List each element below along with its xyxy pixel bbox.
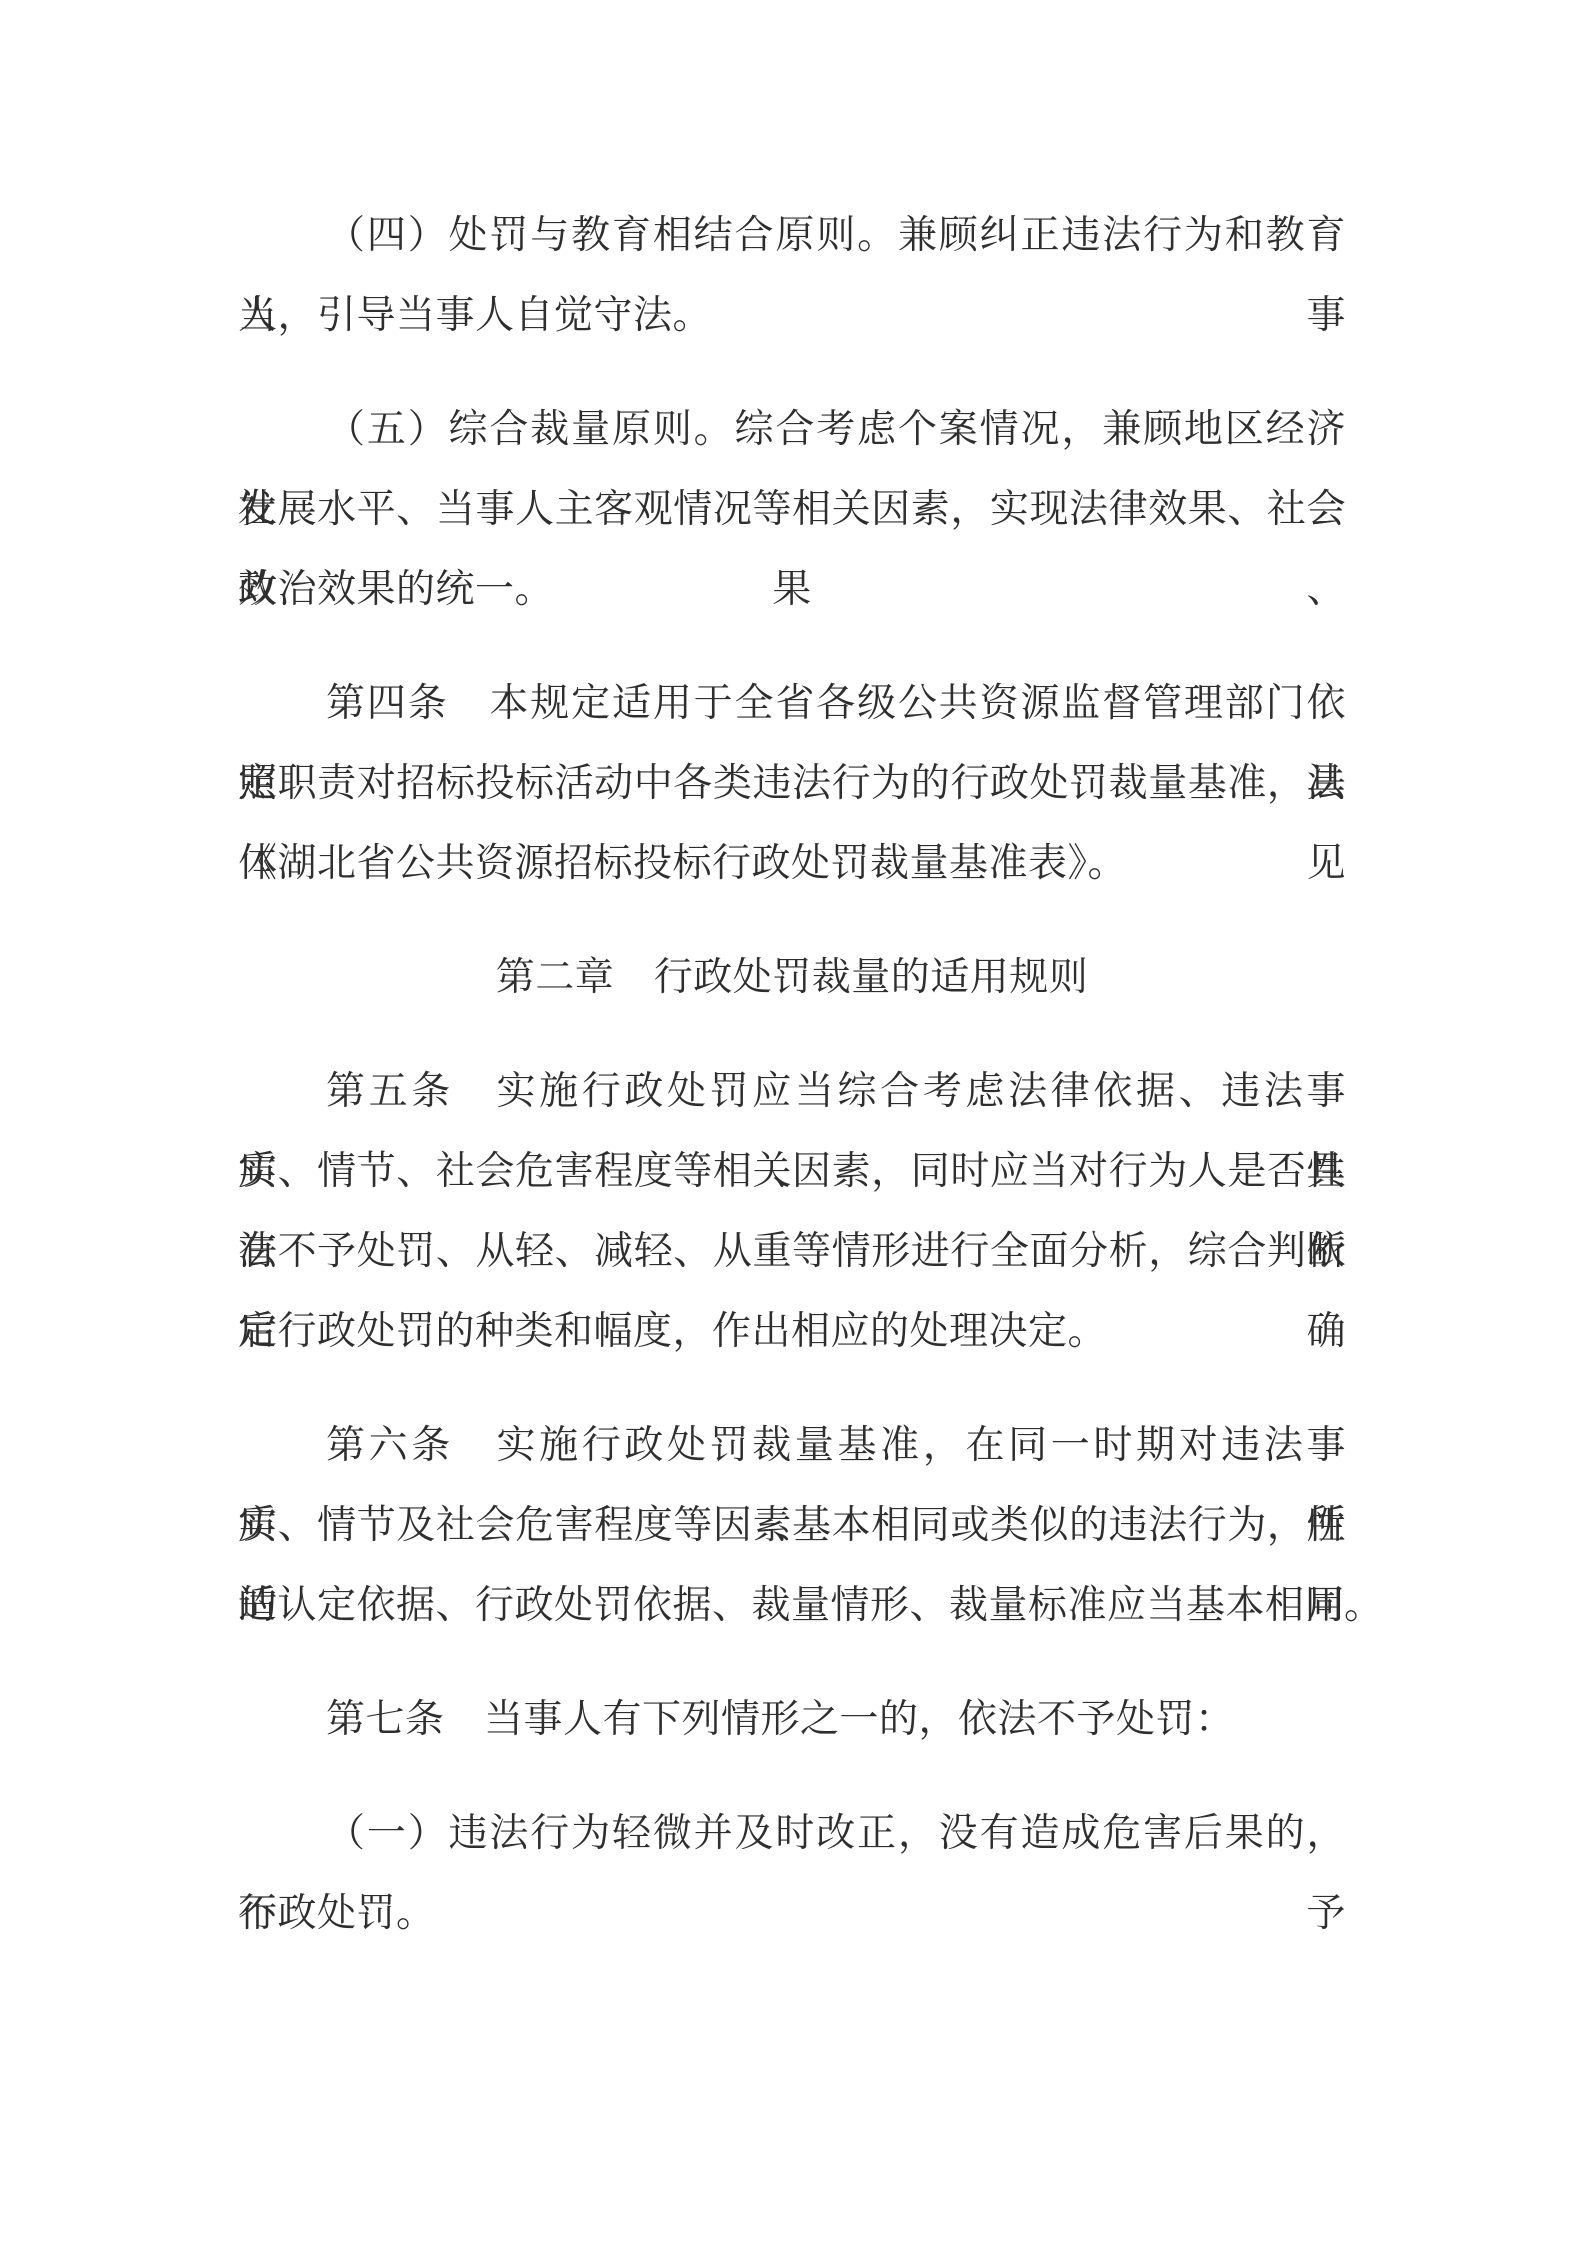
text-line: （一）违法行为轻微并及时改正，没有造成危害后果的，不予 [238, 1794, 1346, 1874]
paragraph-article-4: 第四条 本规定适用于全省各级公共资源监督管理部门依照法 定职责对招标投标活动中各… [238, 664, 1346, 904]
text-line: 定职责对招标投标活动中各类违法行为的行政处罚裁量基准，具体见 [238, 744, 1346, 824]
text-line: 第六条 实施行政处罚裁量基准，在同一时期对违法事实、性 [238, 1406, 1346, 1486]
text-line: （五）综合裁量原则。综合考虑个案情况，兼顾地区经济社会 [238, 390, 1346, 470]
text-line: （四）处罚与教育相结合原则。兼顾纠正违法行为和教育当事 [238, 196, 1346, 276]
document-body: （四）处罚与教育相结合原则。兼顾纠正违法行为和教育当事 人，引导当事人自觉守法。… [238, 196, 1346, 1954]
chapter-heading-text: 第二章 行政处罚裁量的适用规则 [238, 938, 1346, 1018]
paragraph-item-1: （一）违法行为轻微并及时改正，没有造成危害后果的，不予 行政处罚。 [238, 1794, 1346, 1954]
paragraph-article-6: 第六条 实施行政处罚裁量基准，在同一时期对违法事实、性 质、情节及社会危害程度等… [238, 1406, 1346, 1646]
text-line: 发展水平、当事人主客观情况等相关因素，实现法律效果、社会效果、 [238, 470, 1346, 550]
paragraph-item-4: （四）处罚与教育相结合原则。兼顾纠正违法行为和教育当事 人，引导当事人自觉守法。 [238, 196, 1346, 356]
text-line: 质、情节及社会危害程度等因素基本相同或类似的违法行为，所适用 [238, 1486, 1346, 1566]
text-line: 第七条 当事人有下列情形之一的，依法不予处罚： [238, 1680, 1346, 1760]
document-page: （四）处罚与教育相结合原则。兼顾纠正违法行为和教育当事 人，引导当事人自觉守法。… [0, 0, 1587, 2245]
chapter-2-heading: 第二章 行政处罚裁量的适用规则 [238, 938, 1346, 1018]
paragraph-article-7: 第七条 当事人有下列情形之一的，依法不予处罚： [238, 1680, 1346, 1760]
text-line: 第五条 实施行政处罚应当综合考虑法律依据、违法事实、性 [238, 1052, 1346, 1132]
text-line: 第四条 本规定适用于全省各级公共资源监督管理部门依照法 [238, 664, 1346, 744]
text-line: 质、情节、社会危害程度等相关因素，同时应当对行为人是否具有依 [238, 1132, 1346, 1212]
paragraph-item-5: （五）综合裁量原则。综合考虑个案情况，兼顾地区经济社会 发展水平、当事人主客观情… [238, 390, 1346, 630]
text-line: 法不予处罚、从轻、减轻、从重等情形进行全面分析，综合判断后确 [238, 1212, 1346, 1292]
paragraph-article-5: 第五条 实施行政处罚应当综合考虑法律依据、违法事实、性 质、情节、社会危害程度等… [238, 1052, 1346, 1372]
text-line: 的认定依据、行政处罚依据、裁量情形、裁量标准应当基本相同。 [238, 1566, 1346, 1646]
